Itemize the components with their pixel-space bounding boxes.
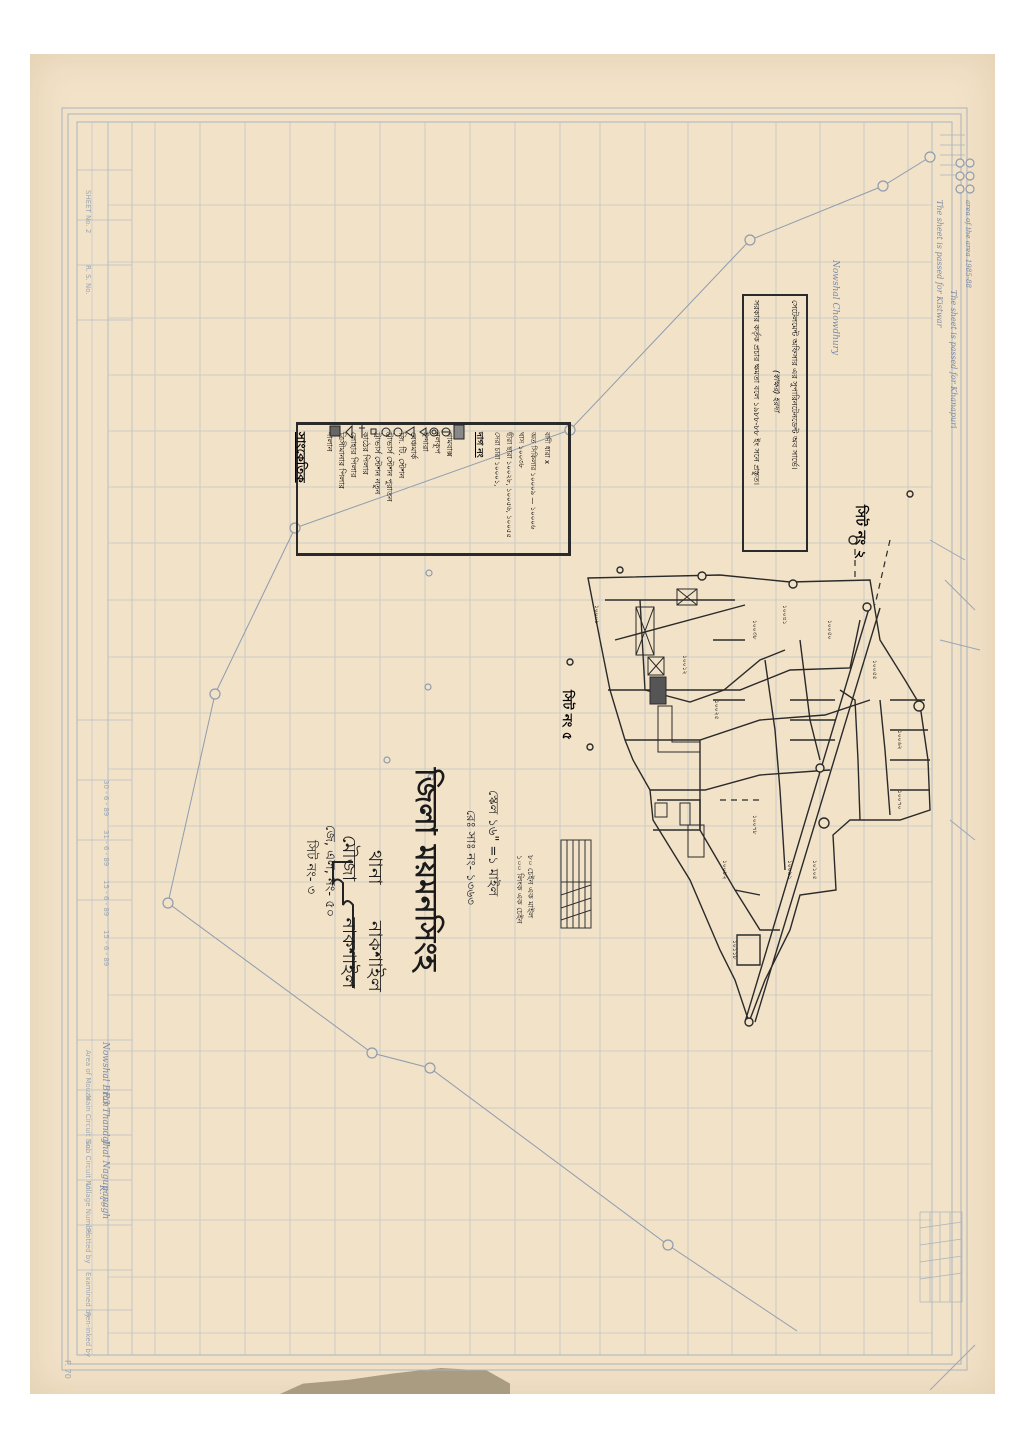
certification-line-2: সেটেলমেন্ট অফিসার এর সুপারিনটেনডেন্ট অব … bbox=[787, 300, 800, 470]
village-number-value: K.৫০ bbox=[95, 1185, 110, 1206]
parcel-number: ১০০৭৮ bbox=[749, 815, 760, 835]
parcel-number: ১০০৫৫ bbox=[869, 660, 880, 679]
parcel-number: ১০০৯১ bbox=[784, 860, 795, 879]
plot-range-row: বাদী ধারা x bbox=[541, 432, 553, 464]
record-date: 15 - 6 - 89 bbox=[102, 880, 110, 916]
iron-pillar-icon bbox=[359, 425, 365, 438]
triangle-pillar-icon bbox=[346, 426, 352, 438]
well-icon bbox=[430, 428, 438, 436]
box-symbol-icon bbox=[454, 425, 464, 439]
certification-line-1: সরকার কর্তৃক প্রচার ক্ষমতা বলে ১৯৮৮-৮৮ ই… bbox=[749, 300, 762, 485]
parcel-number: ১০০৩৮ bbox=[749, 620, 760, 640]
margin-note: The sheet is passed for Khanapuri bbox=[949, 290, 958, 429]
parcel-number: ১০০২৫ bbox=[711, 700, 722, 720]
record-date: 15 - 6 - 89 bbox=[102, 930, 110, 966]
certification-signature: (স্বাক্ষর) হরদা bbox=[769, 370, 782, 412]
plot-range-row: সেরা চারা ১০০০১, bbox=[491, 432, 503, 486]
traverse-old-icon bbox=[394, 428, 402, 436]
gt-station-icon bbox=[406, 427, 414, 437]
examined-by-label: Examined by bbox=[84, 1272, 92, 1318]
parcel-number: ১০০৮২ bbox=[719, 860, 730, 880]
plotted-by-label: Plotted by bbox=[84, 1228, 92, 1264]
parcel-number: ১০০৪১ bbox=[779, 605, 790, 624]
adjacent-sheet-left: সিট নং ৫ bbox=[555, 690, 576, 740]
parcel-number: ১০০০৮ bbox=[591, 605, 602, 625]
margin-note: area of the area 1985-88 bbox=[964, 200, 972, 288]
page-reference: P. 70 bbox=[63, 1360, 72, 1379]
plot-range-row: ছীরা ছারা ১০০২৮, ১০০৫৬, ১০০৫৫ bbox=[503, 432, 515, 538]
pen-inked-by-label: Pen-inked by bbox=[84, 1312, 92, 1357]
legend-subtitle: দাগ নং bbox=[472, 432, 487, 458]
plot-range-row: খাস ১০০৩৮ bbox=[515, 432, 527, 468]
wood-pillar-icon bbox=[371, 429, 376, 434]
legend-symbols bbox=[0, 0, 1024, 1449]
sheet-no-label: SHEET No. 2 bbox=[84, 190, 92, 233]
parcel-number: ১০০৬২ bbox=[894, 730, 905, 750]
record-date: 31 - 6 - 89 bbox=[102, 830, 110, 866]
benchmark-icon bbox=[420, 428, 426, 436]
parcel-number: ১০০৭০ bbox=[894, 790, 905, 810]
pencil-annotation: Nowshal Chowdhury bbox=[830, 260, 840, 355]
adjacent-sheet-right: সিট নং ২ bbox=[848, 505, 872, 559]
plot-range-row: অত সিকিলার ১০০০৯ — ১০০০৬ bbox=[527, 432, 539, 529]
area-of-mouza-label: Area of Mouza bbox=[84, 1050, 92, 1100]
record-date: 30 - 6 - 89 bbox=[102, 780, 110, 816]
parcel-number: ১০১১৮ bbox=[729, 940, 740, 959]
margin-note: The sheet is passed for Kistwar bbox=[935, 200, 944, 327]
parcel-number: ১০১০৫ bbox=[809, 860, 820, 879]
parcel-number: ১০০১২ bbox=[679, 655, 690, 675]
parcel-number: ১০০৫০ bbox=[824, 620, 835, 640]
rs-no-label: R. S. No. bbox=[84, 265, 92, 295]
building-symbol-icon bbox=[330, 426, 340, 436]
main-circuit-value: P.3 Thandal bbox=[100, 1092, 110, 1145]
traverse-new-icon bbox=[382, 428, 390, 436]
sub-circuit-value: Jhal Nagunanagh bbox=[100, 1140, 110, 1219]
